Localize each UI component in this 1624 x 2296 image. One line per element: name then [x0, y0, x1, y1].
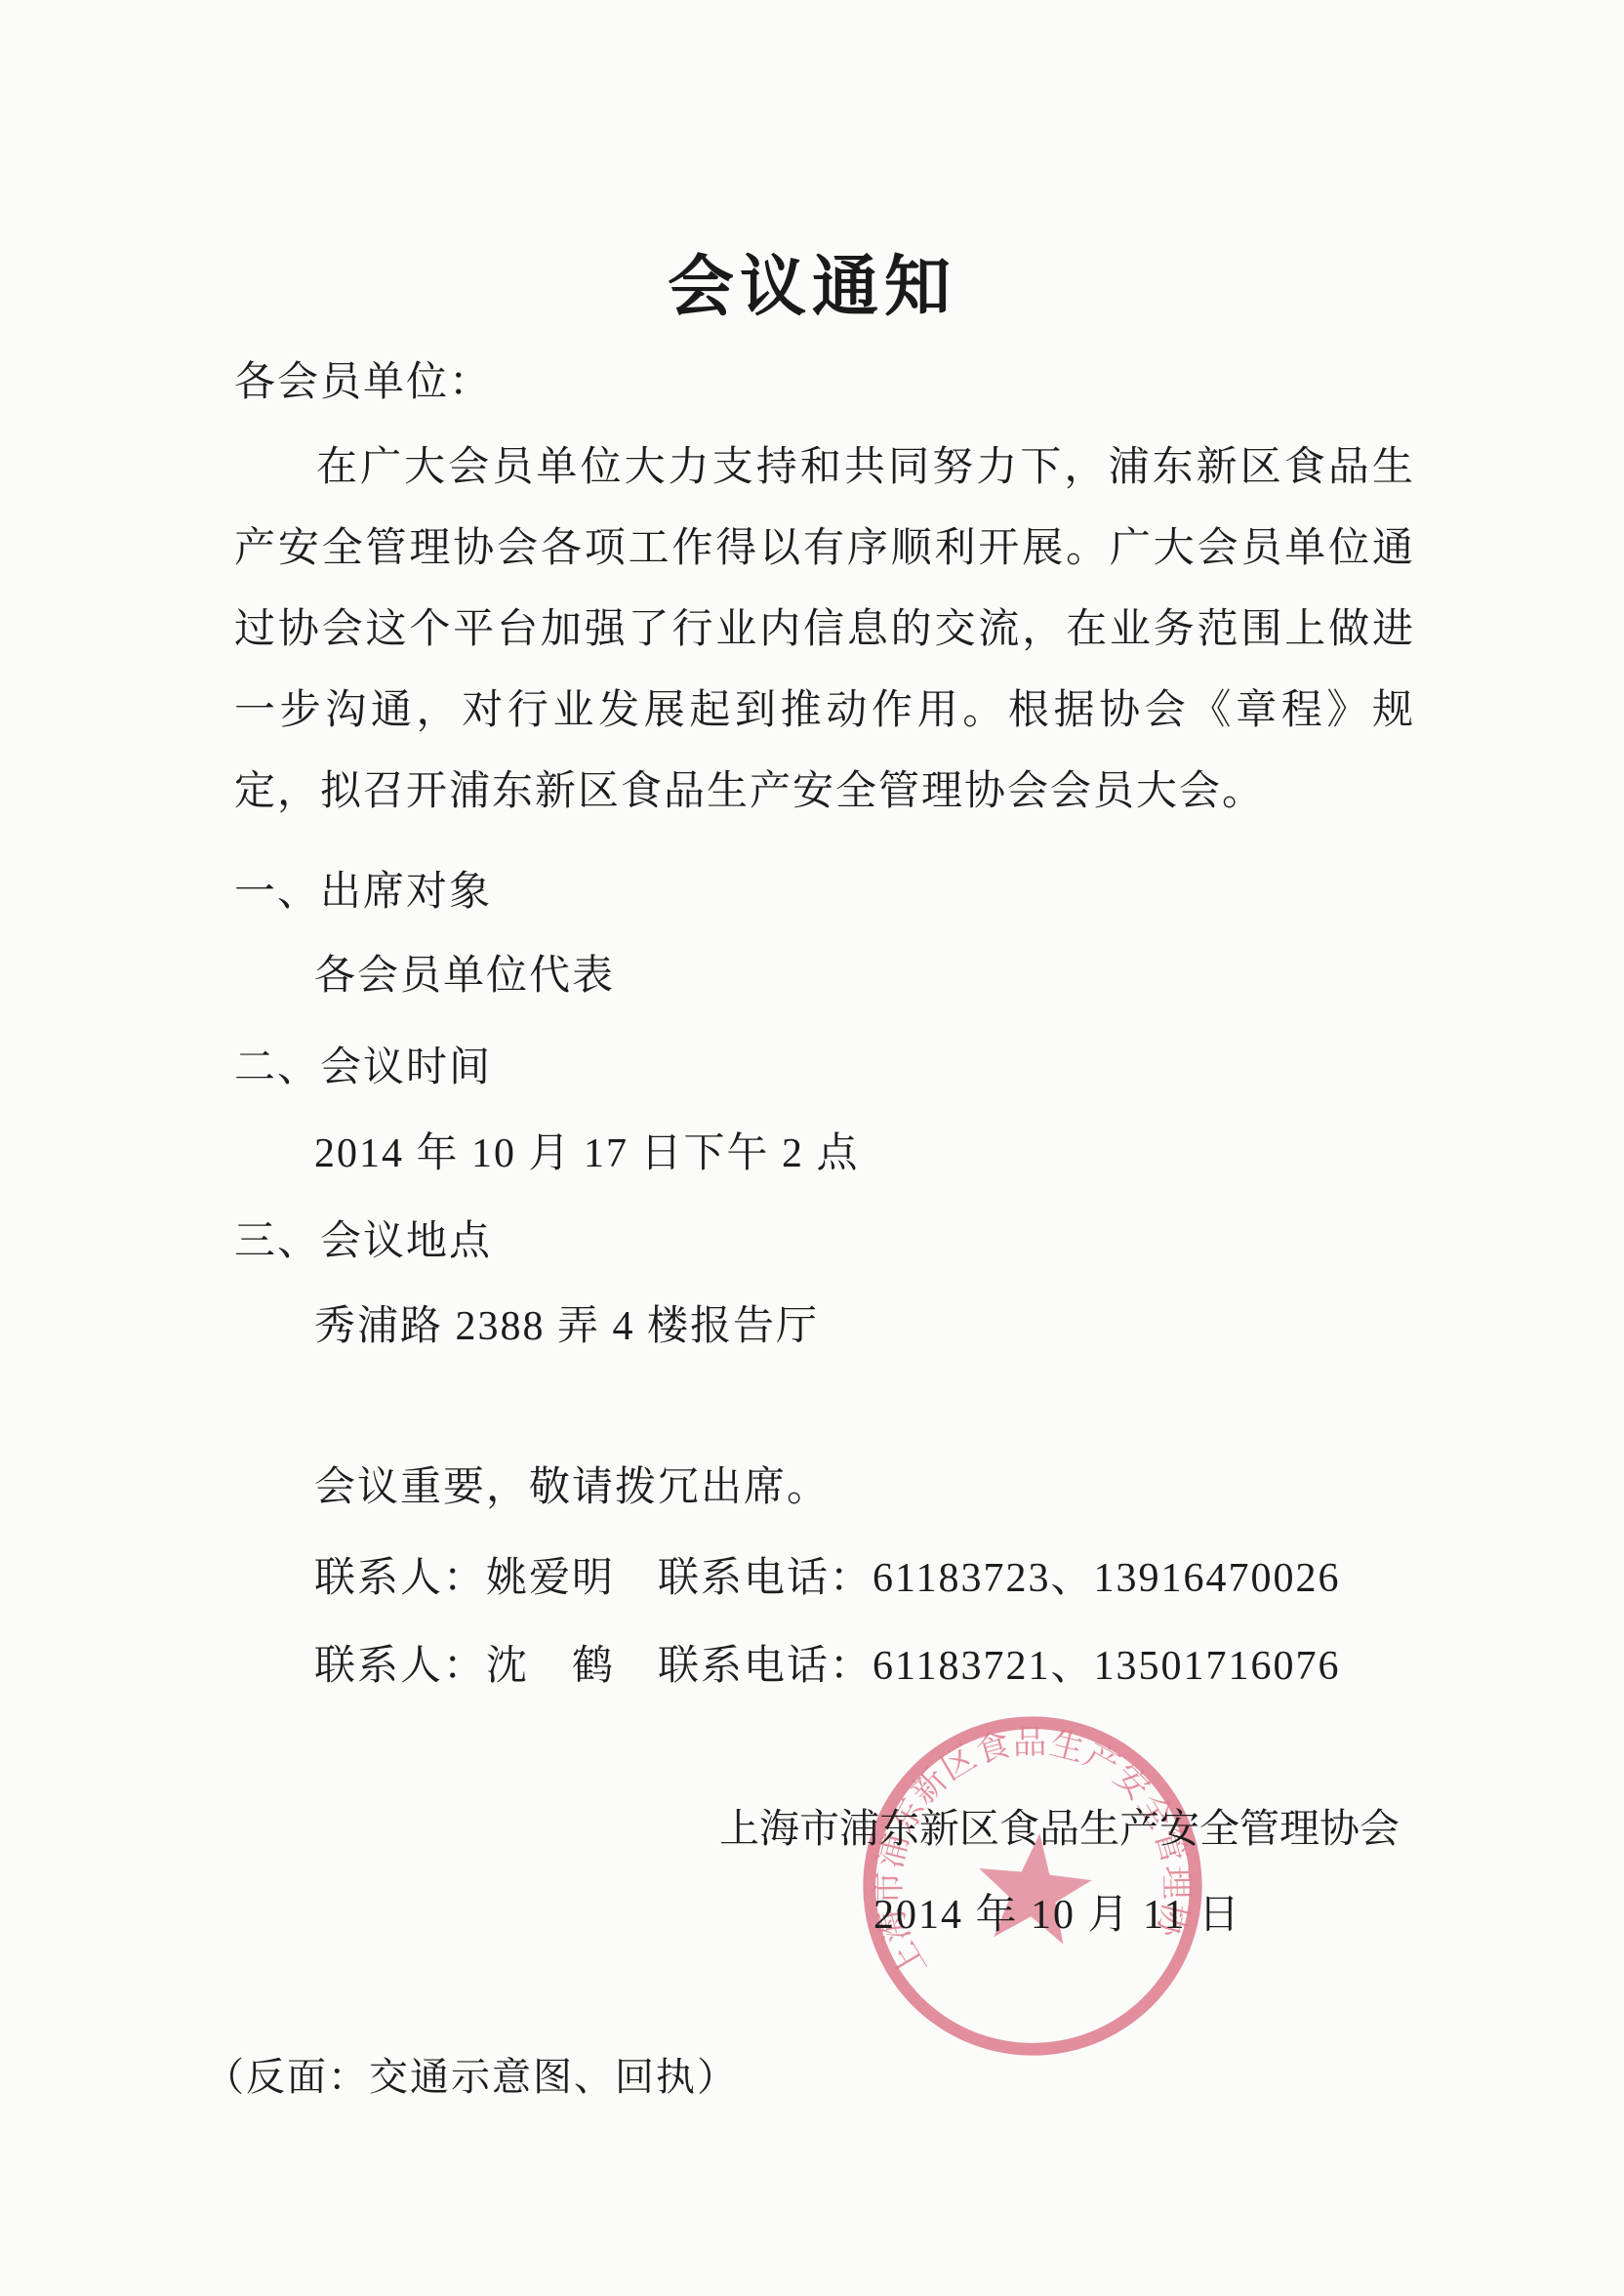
intro-paragraph: 在广大会员单位大力支持和共同努力下，浦东新区食品生产安全管理协会各项工作得以有序…: [234, 428, 1415, 833]
section-1-content: 各会员单位代表: [314, 943, 615, 1002]
section-1-heading: 一、出席对象: [234, 859, 492, 918]
section-3-heading: 三、会议地点: [234, 1209, 492, 1267]
contact-line-2: 联系人：沈 鹤 联系电话：61183721、13501716076: [314, 1633, 1340, 1692]
scanned-meeting-notice-page: 上海市浦东新区食品生产安全管理协会 会议通知 各会员单位： 在广大会员单位大力支…: [0, 0, 1624, 2296]
salutation: 各会员单位：: [234, 349, 492, 408]
contact-line-1: 联系人：姚爱明 联系电话：61183723、13916470026: [314, 1545, 1340, 1604]
signature-date: 2014 年 10 月 11 日: [873, 1882, 1241, 1941]
footer-note: （反面：交通示意图、回执）: [205, 2046, 738, 2102]
signature-org-name: 上海市浦东新区食品生产安全管理协会: [719, 1796, 1400, 1854]
page-title: 会议通知: [0, 234, 1624, 329]
closing-note: 会议重要，敬请拨冗出席。: [314, 1455, 830, 1513]
section-2-content: 2014 年 10 月 17 日下午 2 点: [314, 1121, 860, 1179]
section-2-heading: 二、会议时间: [234, 1035, 492, 1093]
section-3-content: 秀浦路 2388 弄 4 楼报告厅: [314, 1293, 819, 1352]
